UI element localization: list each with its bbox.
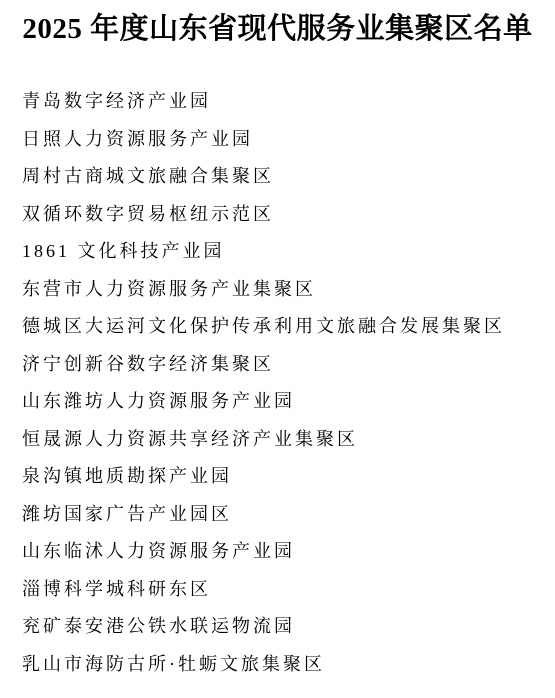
list-item: 济宁创新谷数字经济集聚区 [22, 346, 545, 384]
list-item: 山东潍坊人力资源服务产业园 [22, 383, 545, 421]
list-item: 恒晟源人力资源共享经济产业集聚区 [22, 421, 545, 459]
list-item: 双循环数字贸易枢纽示范区 [22, 196, 545, 234]
list-item: 周村古商城文旅融合集聚区 [22, 158, 545, 196]
list-item: 泉沟镇地质勘探产业园 [22, 458, 545, 496]
list-item: 东营市人力资源服务产业集聚区 [22, 271, 545, 309]
list-item: 德城区大运河文化保护传承利用文旅融合发展集聚区 [22, 308, 545, 346]
list-item: 日照人力资源服务产业园 [22, 121, 545, 159]
cluster-list: 青岛数字经济产业园日照人力资源服务产业园周村古商城文旅融合集聚区双循环数字贸易枢… [0, 83, 555, 683]
list-item: 淄博科学城科研东区 [22, 571, 545, 609]
page-title: 2025 年度山东省现代服务业集聚区名单 [0, 0, 555, 48]
list-item: 兖矿泰安港公铁水联运物流园 [22, 608, 545, 646]
list-item: 青岛数字经济产业园 [22, 83, 545, 121]
list-item: 山东临沭人力资源服务产业园 [22, 533, 545, 571]
document-page: 2025 年度山东省现代服务业集聚区名单 青岛数字经济产业园日照人力资源服务产业… [0, 0, 555, 698]
list-item: 乳山市海防古所·牡蛎文旅集聚区 [22, 646, 545, 684]
list-item: 潍坊国家广告产业园区 [22, 496, 545, 534]
list-item: 1861 文化科技产业园 [22, 233, 545, 271]
